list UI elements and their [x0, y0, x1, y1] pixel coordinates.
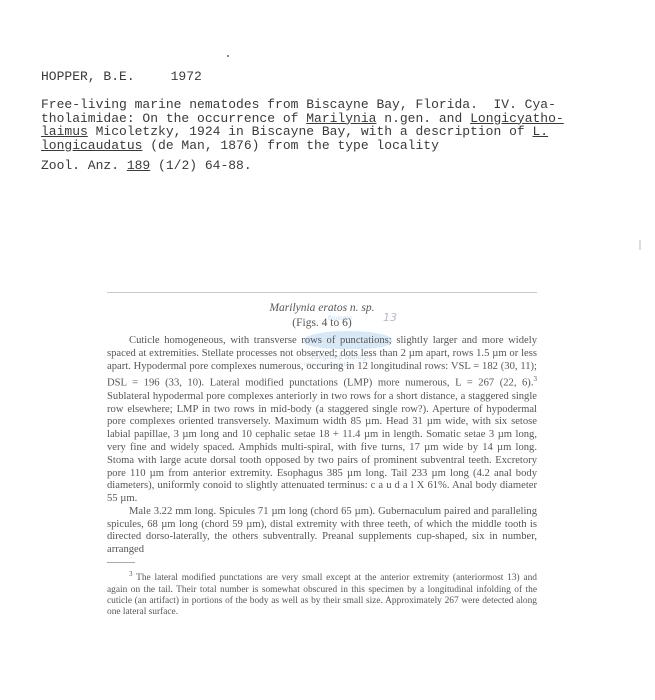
female-description: Cuticle homogeneous, with transverse row… [107, 335, 537, 506]
citation: Zool. Anz. 189 (1/2) 64-88. [41, 158, 252, 173]
figures-reference: (Figs. 4 to 6) [107, 317, 537, 329]
author: HOPPER, B.E. [41, 69, 135, 84]
footnote-divider [107, 562, 135, 563]
species-heading: Marilynia eratos n. sp. [107, 302, 537, 314]
footnote-marker: 3 [534, 375, 538, 383]
card-header: HOPPER, B.E.1972 [41, 69, 202, 84]
species-longicaudatus: longicaudatus [41, 138, 142, 153]
title-line-2: tholaimidae: On the occurrence of Marily… [41, 112, 564, 126]
title-line-4: longicaudatus (de Man, 1876) from the ty… [41, 139, 564, 153]
year: 1972 [171, 69, 202, 84]
volume: 189 [127, 158, 150, 173]
reference-title: Free-living marine nematodes from Biscay… [41, 98, 564, 152]
title-line-1: Free-living marine nematodes from Biscay… [41, 98, 564, 112]
article-clipping: Marilynia eratos n. sp. (Figs. 4 to 6) C… [107, 300, 537, 618]
genus-abbrev: L. [533, 124, 549, 139]
title-line-3: laimus Micoletzky, 1924 in Biscayne Bay,… [41, 125, 564, 139]
footnote: 3 The lateral modified punctations are v… [107, 569, 537, 618]
clipping-top-edge [107, 292, 537, 293]
description-body: Cuticle homogeneous, with transverse row… [107, 335, 537, 557]
male-description: Male 3.22 mm long. Spicules 71 µm long (… [107, 506, 537, 557]
scan-speck [227, 55, 229, 57]
scan-edge-mark [639, 240, 641, 250]
